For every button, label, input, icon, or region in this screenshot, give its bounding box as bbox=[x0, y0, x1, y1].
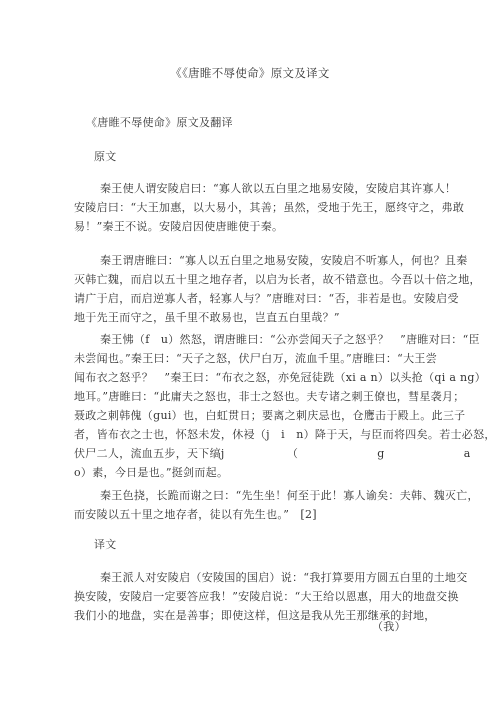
section-heading-original: 原文 bbox=[94, 150, 117, 164]
original-p3-line7: 伏尸二人，流血五步，天下缟j （ g a bbox=[74, 447, 471, 461]
section-heading-translation: 译文 bbox=[94, 538, 117, 552]
original-p4-line2: 而安陵以五十里之地存者，徒以有先生也。” [2] bbox=[74, 508, 317, 522]
original-p3-line1: 秦王怫（f u）然怒，谓唐睢曰：“公亦尝闻天子之怒乎？ ”唐睢对曰：“臣 bbox=[100, 333, 480, 347]
original-p2-line2: 灭韩亡魏，而启以五十里之地存者，以启为长者，故不错意也。今吾以十倍之地， bbox=[74, 273, 481, 287]
original-p1-line2: 安陵启曰：“大王加惠，以大易小，其善；虽然，受地于先王，愿终守之，弗敢 bbox=[74, 201, 464, 215]
original-p1-line3: 易！”秦王不说。安陵启因使唐睢使于秦。 bbox=[74, 220, 283, 234]
original-p2-line1: 秦王谓唐睢曰：“寡人以五白里之地易安陵，安陵启不听寡人，何也？且秦 bbox=[100, 254, 468, 268]
original-p3-line5: 聂政之刺韩傀（gui）也，白虹贯日；要离之刺庆忌也，仓鹰击于殿上。此三子 bbox=[74, 409, 465, 423]
document-title: 《《唐睢不辱使命》原文及译文 bbox=[0, 66, 500, 80]
document-subtitle: 《唐睢不辱使命》原文及翻译 bbox=[86, 116, 233, 130]
original-p3-line4: 地耳。”唐睢曰：“此庸夫之怒也，非士之怒也。夫专诸之刺王僚也，彗星袭月； bbox=[74, 390, 465, 404]
original-p3-line6: 者，皆布衣之士也，怀怒未发，休祲（j i n）降于天，与臣而将四矣。若士必怒， bbox=[74, 428, 496, 442]
original-p2-line3: 请广于启，而启逆寡人者，轻寡人与？”唐睢对曰：“否，非若是也。安陵启受 bbox=[74, 292, 459, 306]
original-p2-line4: 地于先王而守之，虽千里不敢易也，岂直五白里哉？” bbox=[74, 311, 340, 325]
original-p4-line1: 秦王色挠，长跪而谢之曰：“先生坐！何至于此！寡人谕矣：夫韩、魏灭亡， bbox=[100, 489, 479, 503]
original-p1-line1: 秦王使人谓安陵启曰：“寡人欲以五白里之地易安陵，安陵启其许寡人！ bbox=[100, 182, 456, 196]
original-p3-line2: 未尝闻也。”秦王曰：“天子之怒，伏尸白万，流血千里。”唐睢曰：“大王尝 bbox=[74, 352, 437, 366]
translation-p1-line1: 秦王派人对安陵启（安陵国的国启）说：“我打算要用方圆五白里的土地交 bbox=[100, 571, 468, 585]
document-page: 《《唐睢不辱使命》原文及译文 《唐睢不辱使命》原文及翻译 原文 秦王使人谓安陵启… bbox=[0, 0, 500, 708]
trailing-text: （我） bbox=[372, 620, 406, 634]
translation-p1-line2: 换安陵，安陵启一定要答应我！”安陵启说：“大王给以恩惠，用大的地盘交换 bbox=[74, 590, 459, 604]
original-p3-line8: o）素，今日是也。”挺剑而起。 bbox=[74, 466, 228, 480]
original-p3-line3: 闻布衣之怒乎？ ”秦王曰：“布衣之怒，亦免冠徒跣（xi a n）以头抢（qi a… bbox=[74, 371, 486, 385]
